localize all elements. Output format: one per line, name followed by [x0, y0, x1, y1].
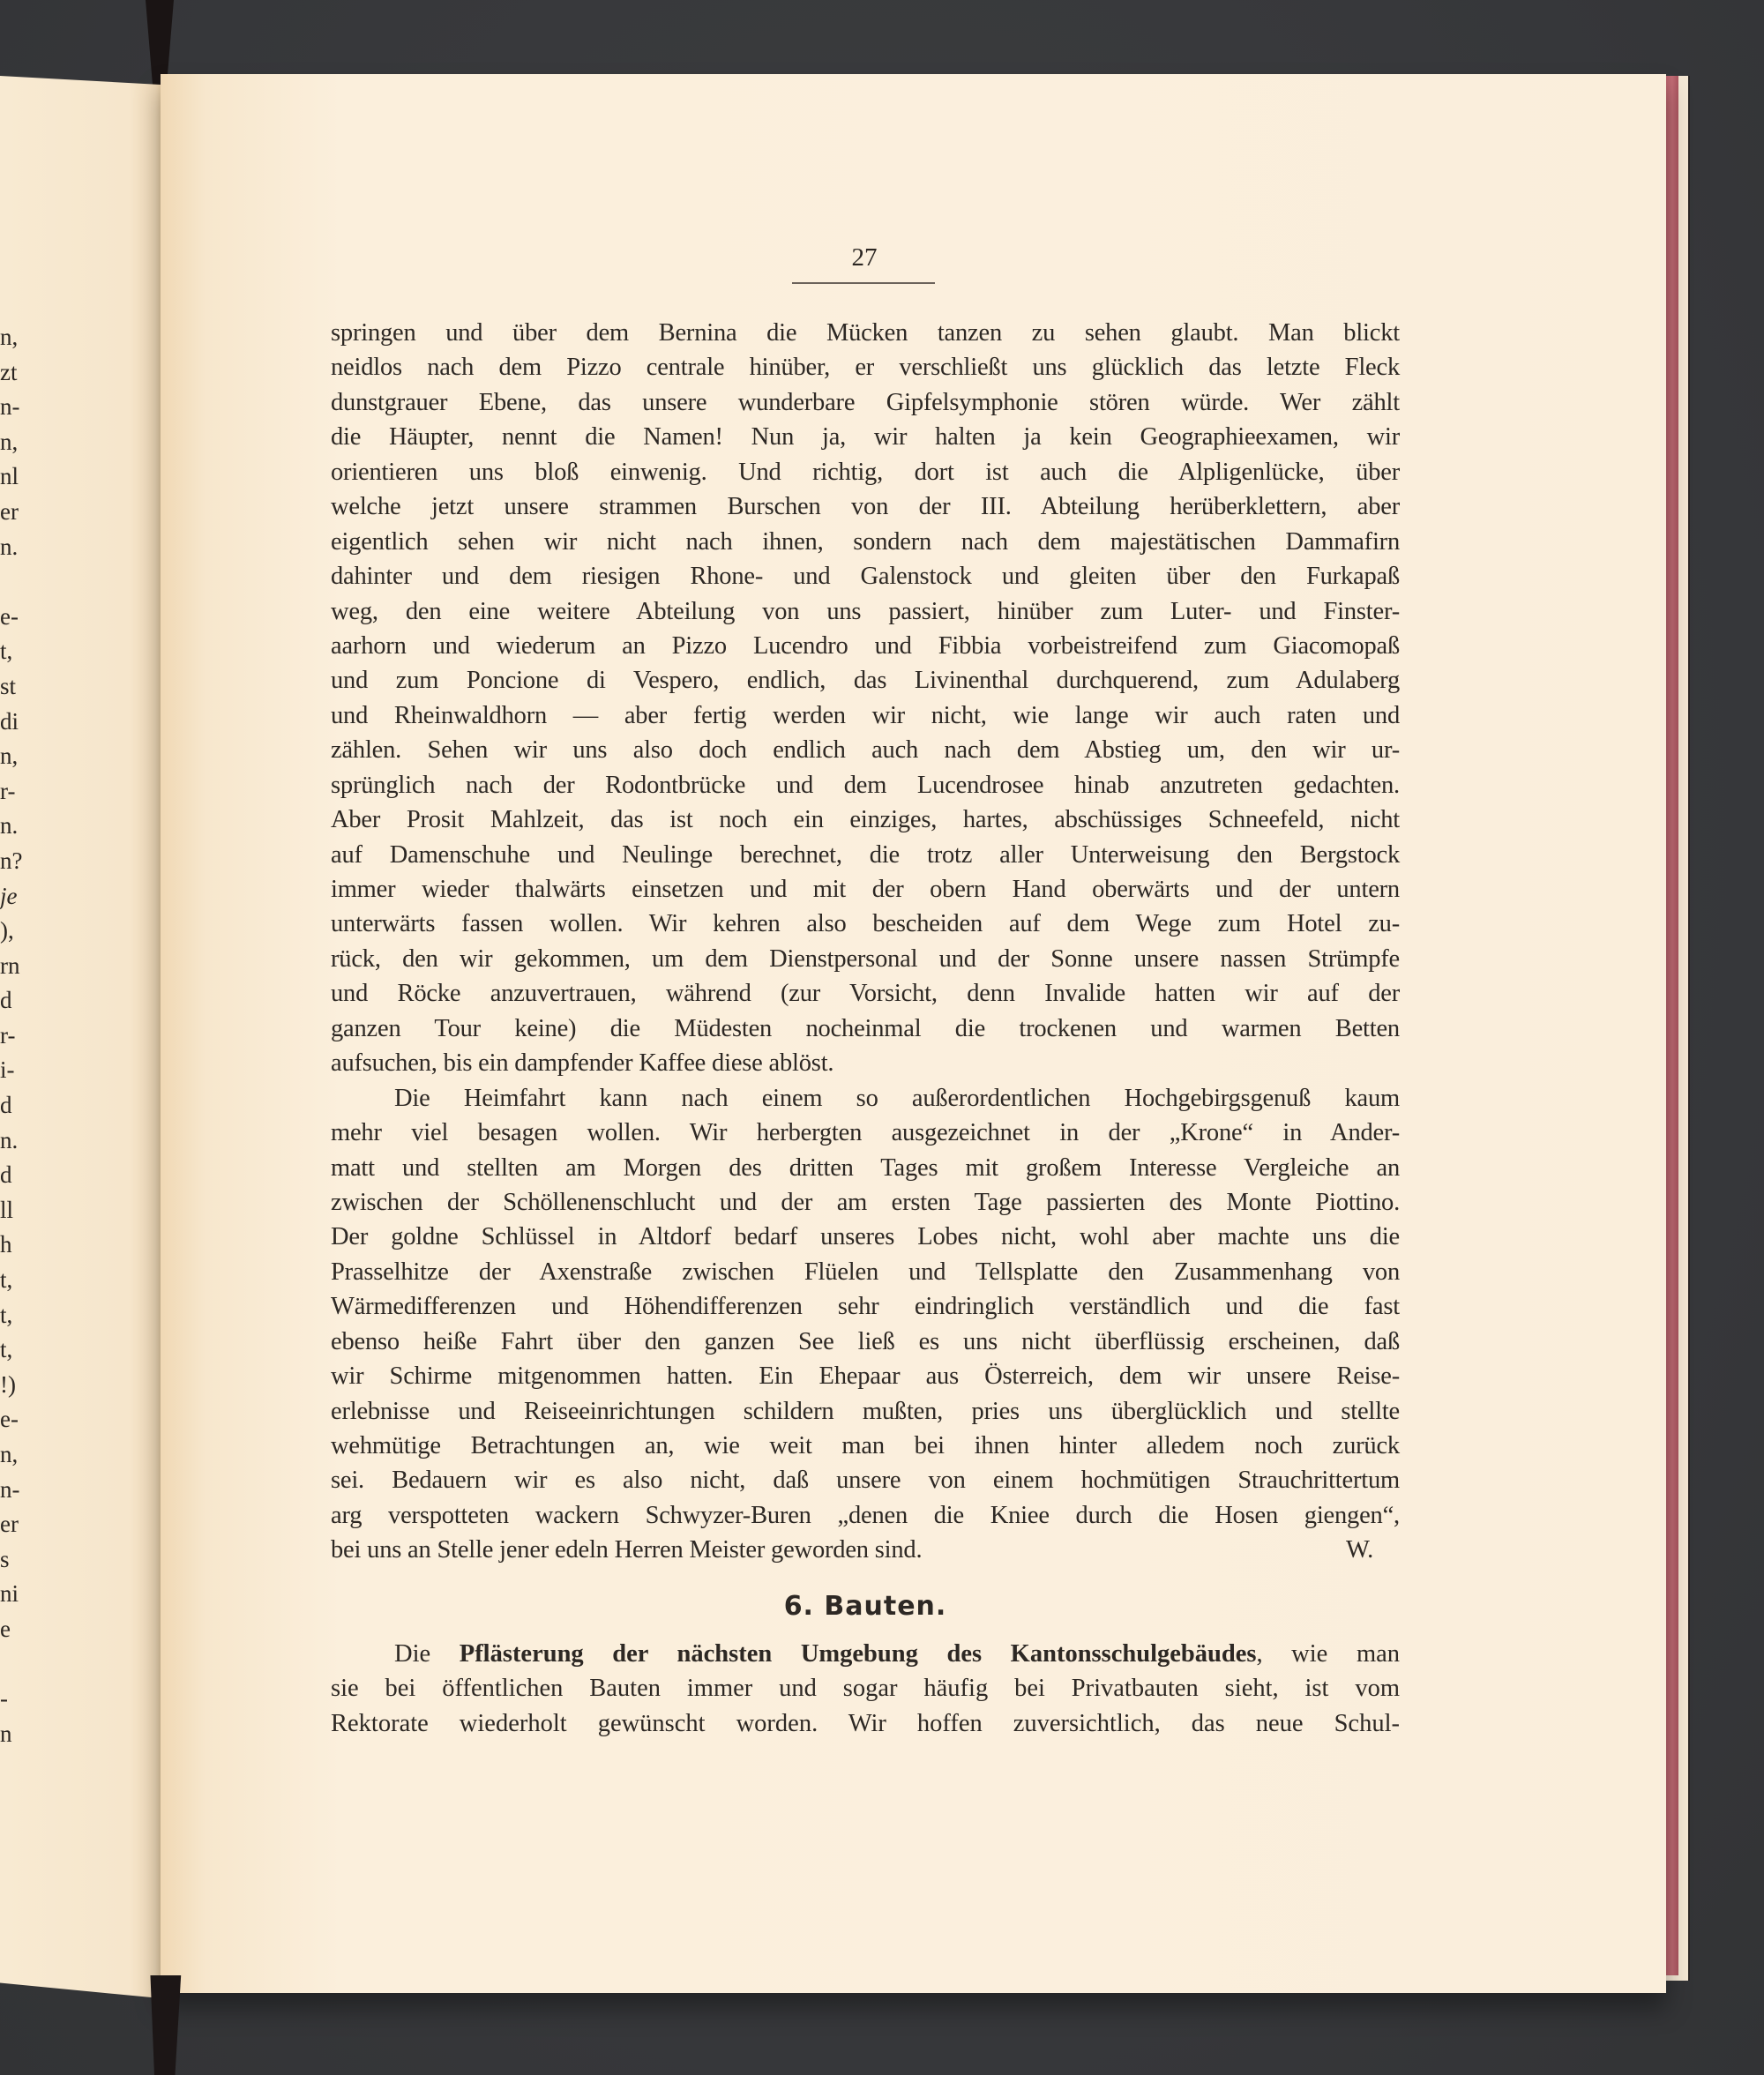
text-line: und Rheinwaldhorn — aber fertig werden w… [331, 698, 1400, 733]
facing-page-fragment: je [0, 879, 53, 914]
text-line: unterwärts fassen wollen. Wir kehren als… [331, 907, 1400, 941]
section-line-3: Rektorate wiederholt gewünscht worden. W… [331, 1706, 1400, 1741]
section-line-1: Die Pflästerung der nächsten Umgebung de… [331, 1637, 1400, 1671]
text-line: dahinter und dem riesigen Rhone- und Gal… [331, 559, 1400, 593]
text-line: matt und stellten am Morgen des dritten … [331, 1151, 1400, 1185]
text-line: weg, den eine weitere Abteilung von uns … [331, 594, 1400, 629]
facing-page-fragment: ), [0, 914, 53, 949]
text-line: eigentlich sehen wir nicht nach ihnen, s… [331, 525, 1400, 559]
text-line: zählen. Sehen wir uns also doch endlich … [331, 733, 1400, 767]
text-line: ganzen Tour keine) die Müdesten nocheinm… [331, 1011, 1400, 1046]
section-line-1-lead: Die [394, 1640, 430, 1668]
text-line: neidlos nach dem Pizzo centrale hinüber,… [331, 350, 1400, 384]
text-line: dunstgrauer Ebene, das unsere wunderbare… [331, 385, 1400, 420]
facing-page-fragment: t, [0, 634, 53, 669]
text-line: Der goldne Schlüssel in Altdorf bedarf u… [331, 1220, 1400, 1254]
bold-phrase: Pflästerung der nächsten Umgebung des Ka… [460, 1640, 1257, 1668]
paragraph-return-trip: Die Heimfahrt kann nach einem so außeror… [331, 1081, 1400, 1534]
facing-page-fragment: r- [0, 774, 53, 810]
facing-page-fragment: n, [0, 739, 53, 774]
facing-page-fragment: ll [0, 1193, 53, 1228]
text-line: wehmütige Betrachtungen an, wie weit man… [331, 1429, 1400, 1463]
text-line: erlebnisse und Reiseeinrichtungen schild… [331, 1394, 1400, 1429]
text-line: welche jetzt unsere strammen Burschen vo… [331, 489, 1400, 524]
paragraph-excursion: springen und über dem Bernina die Mücken… [331, 316, 1400, 1081]
text-line: Die Heimfahrt kann nach einem so außeror… [331, 1081, 1400, 1116]
facing-page-fragment: d [0, 1158, 53, 1193]
text-line: wir Schirme mitgenommen hatten. Ein Ehep… [331, 1359, 1400, 1393]
facing-page-fragment: d [0, 1088, 53, 1123]
facing-page-fragment: rn [0, 949, 53, 984]
text-line: mehr viel besagen wollen. Wir herbergten… [331, 1116, 1400, 1150]
facing-page-fragment: n. [0, 530, 53, 565]
section-body-text: Die Pflästerung der nächsten Umgebung de… [331, 1637, 1400, 1741]
facing-page-fragment: di [0, 705, 53, 740]
text-line: sei. Bedauern wir es also nicht, daß uns… [331, 1463, 1400, 1497]
facing-page-fragment: er [0, 495, 53, 530]
facing-page-fragment: i- [0, 1053, 53, 1088]
text-line: rück, den wir gekommen, um dem Dienstper… [331, 942, 1400, 976]
facing-page-fragment: e- [0, 1402, 53, 1437]
facing-page-fragment: ni [0, 1577, 53, 1612]
facing-page-fragment: n- [0, 1473, 53, 1508]
facing-page-fragment: n- [0, 390, 53, 425]
text-line: Prasselhitze der Axenstraße zwischen Flü… [331, 1255, 1400, 1289]
text-line: arg verspotteten wackern Schwyzer-Buren … [331, 1498, 1400, 1533]
facing-page-fragment [0, 564, 53, 600]
facing-page-fragment: n, [0, 1437, 53, 1473]
facing-page-fragment: d [0, 983, 53, 1019]
facing-page-fragment: h [0, 1228, 53, 1263]
text-line: aarhorn und wiederum an Pizzo Lucendro u… [331, 629, 1400, 663]
red-page-edge [1666, 76, 1678, 1975]
text-line: die Häupter, nennt die Namen! Nun ja, wi… [331, 420, 1400, 454]
text-line: springen und über dem Bernina die Mücken… [331, 316, 1400, 350]
text-line: immer wieder thalwärts einsetzen und mit… [331, 872, 1400, 907]
text-line: aufsuchen, bis ein dampfender Kaffee die… [331, 1046, 1400, 1080]
facing-page-fragment: n. [0, 1123, 53, 1159]
facing-page-fragment: t, [0, 1332, 53, 1368]
text-line: und Röcke anzuvertrauen, während (zur Vo… [331, 976, 1400, 1011]
facing-page-fragment: t, [0, 1298, 53, 1333]
facing-page-fragment: st [0, 669, 53, 705]
text-line: Aber Prosit Mahlzeit, das ist noch ein e… [331, 802, 1400, 837]
closing-line: bei uns an Stelle jener edeln Herren Mei… [331, 1533, 1400, 1567]
body-text: springen und über dem Bernina die Mücken… [331, 316, 1400, 1568]
facing-page-fragment: n? [0, 844, 53, 879]
section-heading: 6. Bauten. [331, 1591, 1400, 1622]
text-line: auf Damenschuhe und Neulinge berechnet, … [331, 838, 1400, 872]
text-line: ebenso heiße Fahrt über den ganzen See l… [331, 1325, 1400, 1359]
section-line-1-tail: , wie man [1256, 1640, 1400, 1668]
facing-page-fragment: t, [0, 1263, 53, 1298]
facing-page-text-fragments: n,ztn-n,nlern.e-t,stdin,r-n.n?je),rndr-i… [0, 320, 53, 1751]
facing-page-fragment: e [0, 1612, 53, 1647]
facing-page-fragment: r- [0, 1019, 53, 1054]
facing-page-fragment: nl [0, 459, 53, 495]
facing-page-fragment: !) [0, 1368, 53, 1403]
facing-page-fragment: n, [0, 320, 53, 355]
text-line: orientieren uns bloß einwenig. Und richt… [331, 455, 1400, 489]
text-line: Wärmedifferenzen und Höhendifferenzen se… [331, 1289, 1400, 1324]
facing-page-fragment [0, 1647, 53, 1683]
facing-page-fragment: - [0, 1682, 53, 1717]
facing-page-fragment: n, [0, 425, 53, 460]
facing-page-fragment: zt [0, 355, 53, 391]
facing-page-fragment: s [0, 1542, 53, 1578]
section-line-2: sie bei öffentlichen Bauten immer und so… [331, 1671, 1400, 1706]
text-line: zwischen der Schöllenenschlucht und der … [331, 1185, 1400, 1220]
text-line: und zum Poncione di Vespero, endlich, da… [331, 663, 1400, 698]
author-signature: W. [1346, 1533, 1400, 1567]
facing-page-fragment: n. [0, 809, 53, 844]
text-line: sprünglich nach der Rodontbrücke und dem… [331, 768, 1400, 802]
page-number-rule [792, 282, 935, 284]
closing-line-text: bei uns an Stelle jener edeln Herren Mei… [331, 1533, 922, 1567]
facing-page-fragment: n [0, 1717, 53, 1752]
facing-page-fragment: er [0, 1507, 53, 1542]
page-number: 27 [829, 243, 900, 272]
facing-page-fragment: e- [0, 600, 53, 635]
